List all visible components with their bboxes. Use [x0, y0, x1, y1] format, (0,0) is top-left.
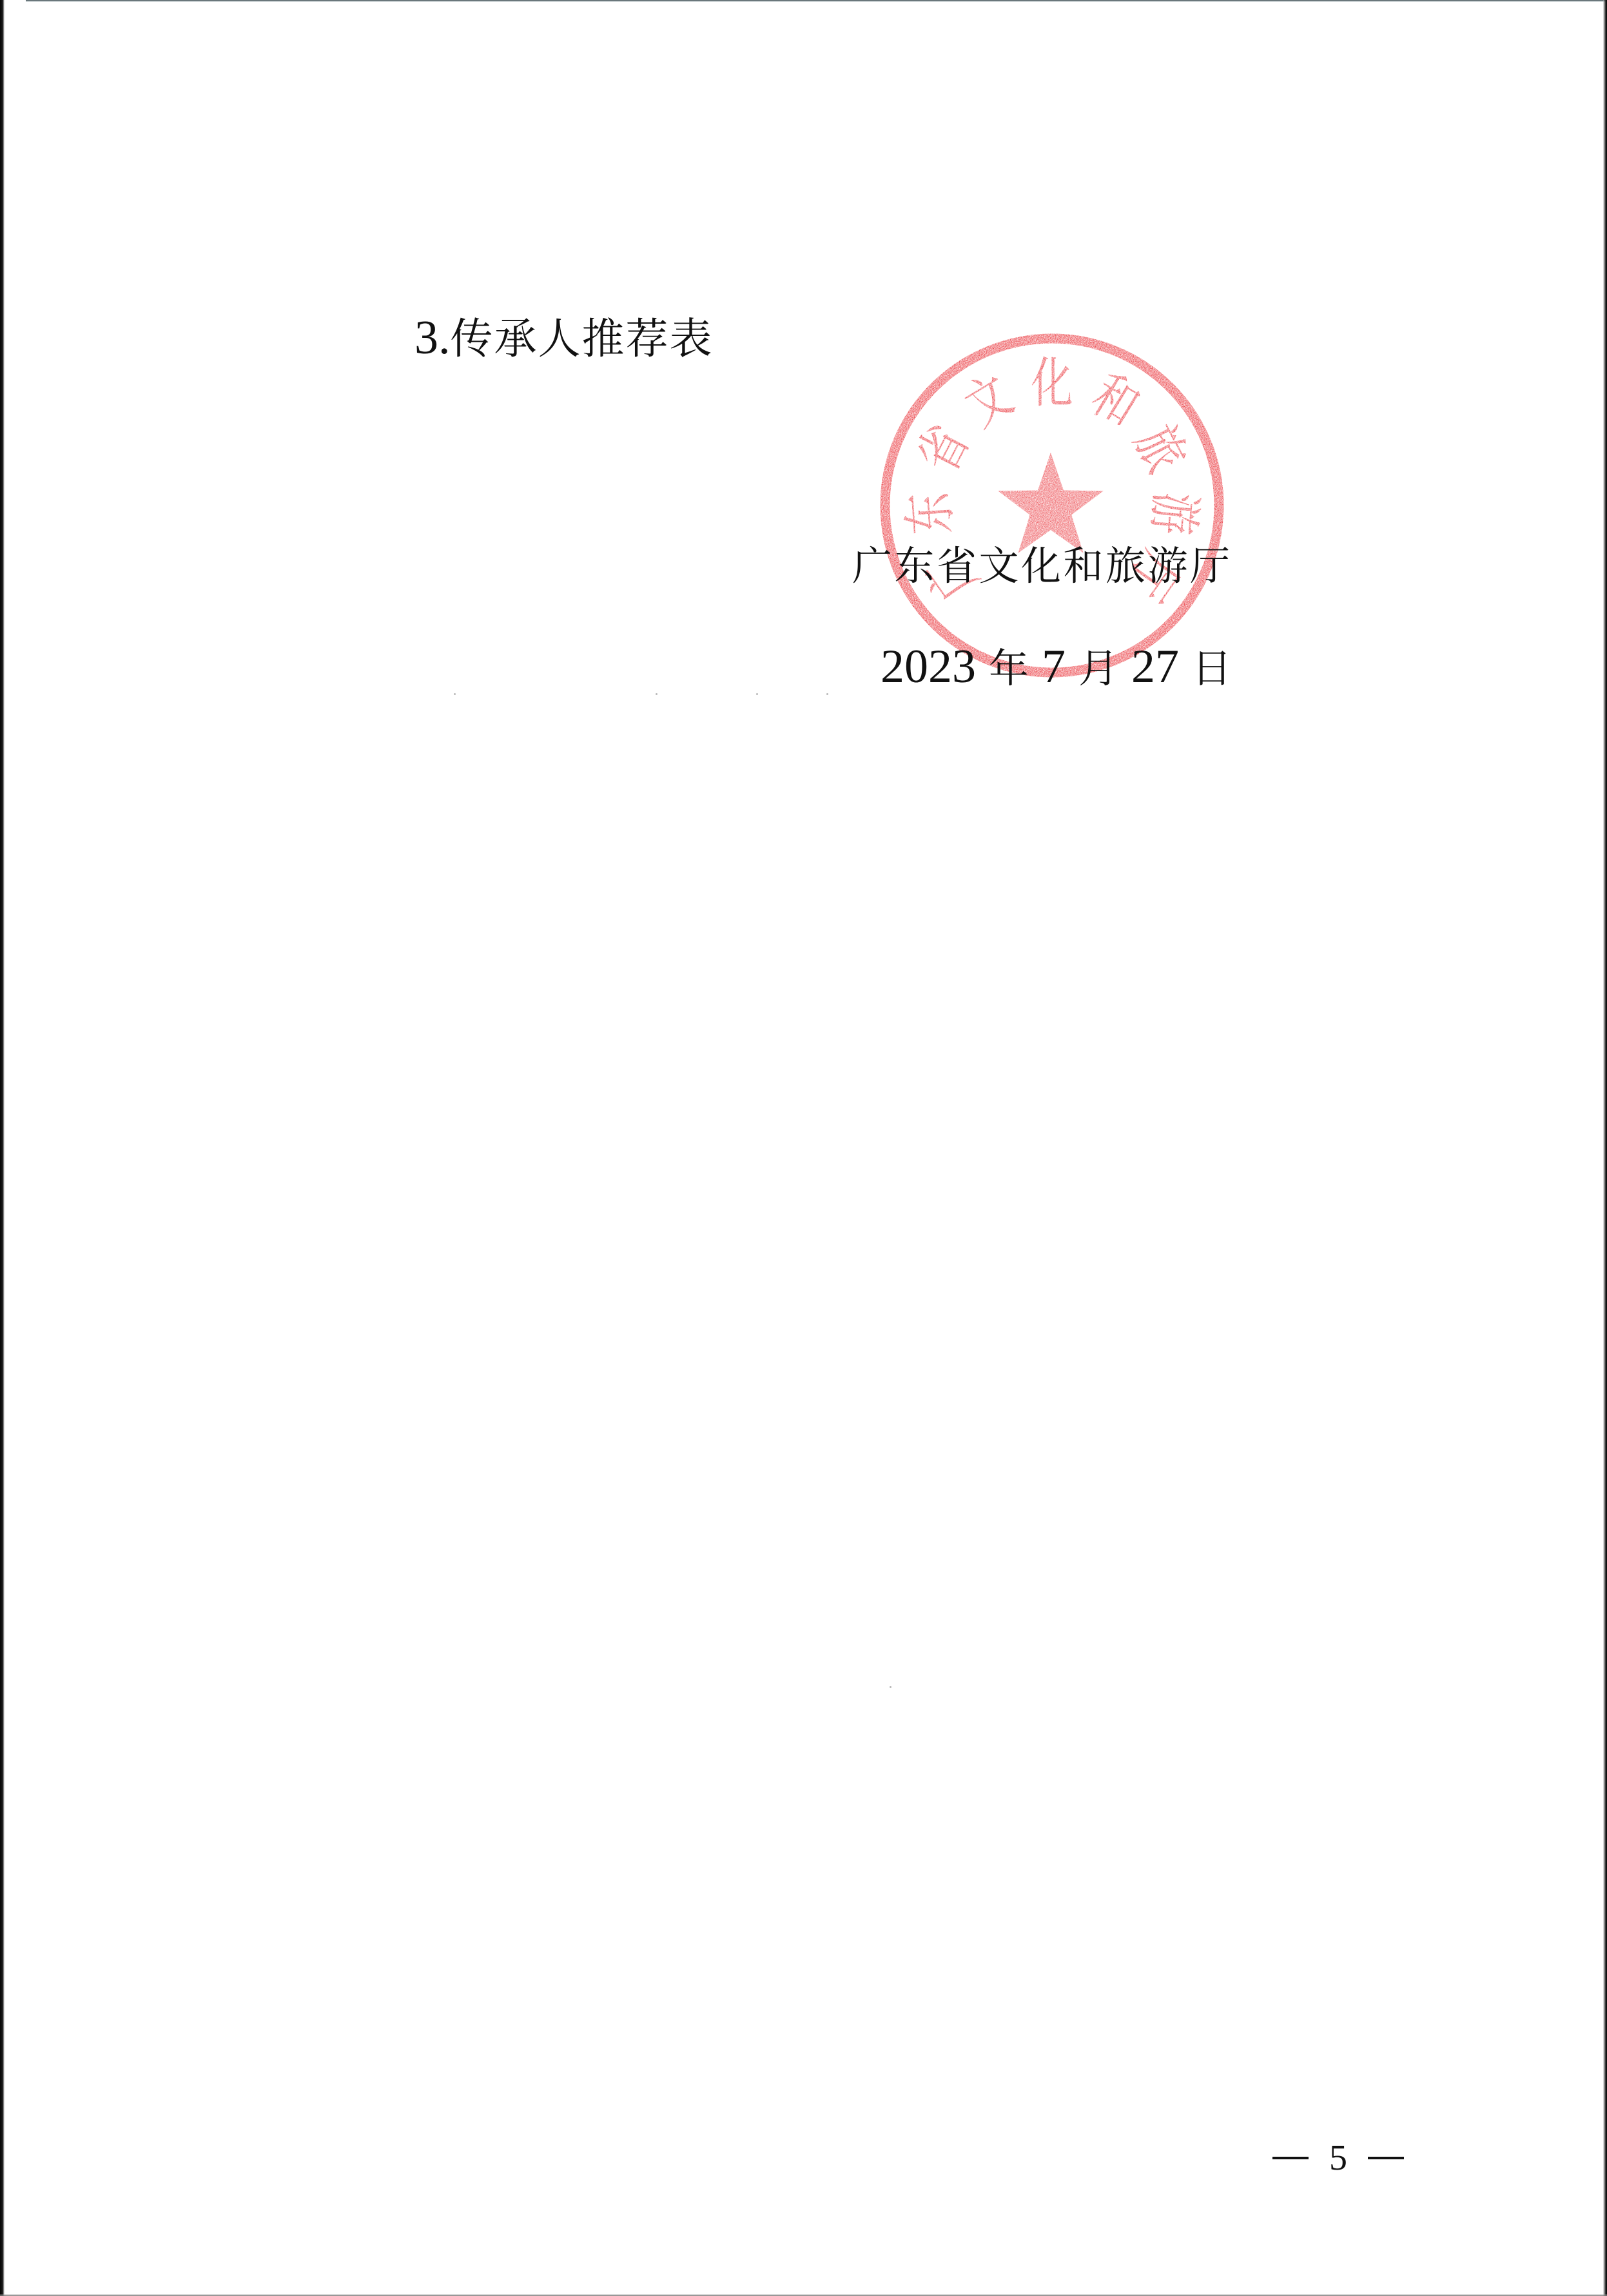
date-month: 7 [1042, 640, 1066, 693]
date-year: 2023 [881, 640, 976, 693]
page-number-dash-left [1272, 2157, 1309, 2159]
scan-border-right [1603, 0, 1607, 2296]
official-seal: 广东省文化和旅游厅 [879, 333, 1225, 678]
svg-text:和: 和 [1081, 363, 1150, 439]
attachment-list-item: 3.传承人推荐表 [414, 312, 714, 365]
scan-speck [454, 693, 456, 695]
svg-text:省: 省 [906, 416, 981, 482]
svg-text:旅: 旅 [1123, 416, 1198, 482]
svg-text:文: 文 [954, 363, 1023, 439]
attachment-number: 3. [414, 311, 451, 364]
seal-ring [885, 339, 1219, 672]
issuer-name: 广东省文化和旅游厅 [852, 539, 1232, 593]
page-number-value: 5 [1329, 2135, 1347, 2181]
star-icon [998, 453, 1104, 553]
date-day-unit: 日 [1192, 645, 1232, 692]
scan-speck [890, 1686, 891, 1688]
issue-date: 2023年7月27日 [881, 638, 1232, 697]
date-year-unit: 年 [989, 645, 1029, 692]
date-day: 27 [1131, 640, 1179, 693]
page-number: 5 [1272, 2135, 1404, 2181]
scan-border-left [0, 0, 5, 2296]
svg-text:游: 游 [1141, 490, 1207, 536]
scan-speck [656, 693, 657, 695]
svg-text:东: 东 [897, 490, 962, 536]
scan-speck [756, 693, 758, 695]
page-number-dash-right [1368, 2157, 1404, 2159]
date-month-unit: 月 [1078, 645, 1118, 692]
svg-text:化: 化 [1031, 351, 1073, 415]
scan-speck [826, 693, 828, 695]
attachment-title: 传承人推荐表 [451, 314, 714, 364]
seal-graphic: 广东省文化和旅游厅 [879, 333, 1225, 678]
scan-border-top [26, 0, 1607, 2]
